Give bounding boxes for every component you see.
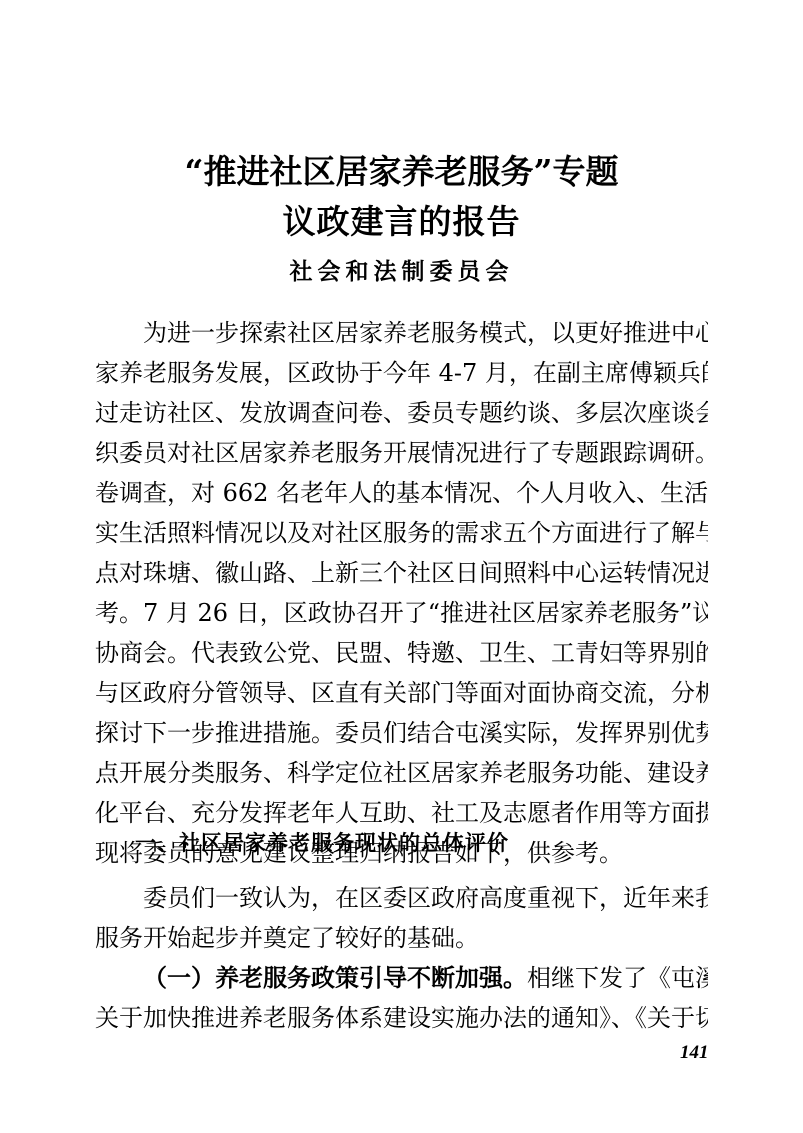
paragraph-line: 家养老服务发展，区政协于今年 4-7 月，在副主席傅颖兵的带领下，通 bbox=[95, 353, 708, 393]
paragraph-line: 与区政府分管领导、区直有关部门等面对面协商交流，分析存在的问题， bbox=[95, 673, 708, 713]
paragraph-line: 过走访社区、发放调查问卷、委员专题约谈、多层次座谈会等形式，组 bbox=[95, 393, 708, 433]
report-title-line-1: “推进社区居家养老服务”专题 bbox=[0, 146, 803, 193]
paragraph-line: 协商会。代表致公党、民盟、特邀、卫生、工青妇等界别的 7 位委员， bbox=[95, 633, 708, 673]
paragraph-line: 为进一步探索社区居家养老服务模式，以更好推进中心城区社区居 bbox=[95, 313, 708, 353]
paragraph-line: 实生活照料情况以及对社区服务的需求五个方面进行了解与分析，并重 bbox=[95, 513, 708, 553]
paragraph-line: 点对珠塘、徽山路、上新三个社区日间照料中心运转情况进行解剖与思 bbox=[95, 553, 708, 593]
subsection-paragraph: （一）养老服务政策引导不断加强。相继下发了《屯溪区人民政府 关于加快推进养老服务… bbox=[95, 958, 708, 1038]
subsection-text: 相继下发了《屯溪区人民政府 bbox=[527, 964, 708, 992]
document-page: “推进社区居家养老服务”专题 议政建言的报告 社会和法制委员会 为进一步探索社区… bbox=[0, 0, 803, 1133]
paragraph-line: 关于加快推进养老服务体系建设实施办法的通知》、《关于切实加强和改 bbox=[95, 998, 708, 1038]
paragraph-line: 委员们一致认为，在区委区政府高度重视下，近年来我区居家养老 bbox=[95, 878, 708, 918]
paragraph-line: 点开展分类服务、科学定位社区居家养老服务功能、建设养老服务信息 bbox=[95, 753, 708, 793]
paragraph-line: 织委员对社区居家养老服务开展情况进行了专题跟踪调研。通过入户问 bbox=[95, 433, 708, 473]
paragraph-line: 卷调查，对 662 名老年人的基本情况、个人月收入、生活自理情况、现 bbox=[95, 473, 708, 513]
section-heading: 一、社区居家养老服务现状的总体评价 bbox=[135, 827, 509, 857]
report-title-line-2: 议政建言的报告 bbox=[0, 196, 803, 243]
paragraph-line: 考。7 月 26 日，区政协召开了“推进社区居家养老服务”议政建言专题 bbox=[95, 593, 708, 633]
paragraph-line: （一）养老服务政策引导不断加强。相继下发了《屯溪区人民政府 bbox=[95, 958, 708, 998]
page-number: 141 bbox=[680, 1042, 709, 1064]
section-paragraph: 委员们一致认为，在区委区政府高度重视下，近年来我区居家养老 服务开始起步并奠定了… bbox=[95, 878, 708, 958]
paragraph-line: 服务开始起步并奠定了较好的基础。 bbox=[95, 918, 708, 958]
subsection-heading: （一）养老服务政策引导不断加强。 bbox=[143, 963, 527, 992]
intro-paragraph: 为进一步探索社区居家养老服务模式，以更好推进中心城区社区居 家养老服务发展，区政… bbox=[95, 313, 708, 873]
report-author: 社会和法制委员会 bbox=[0, 253, 803, 286]
paragraph-line: 探讨下一步推进措施。委员们结合屯溪实际，发挥界别优势，从突出重 bbox=[95, 713, 708, 753]
